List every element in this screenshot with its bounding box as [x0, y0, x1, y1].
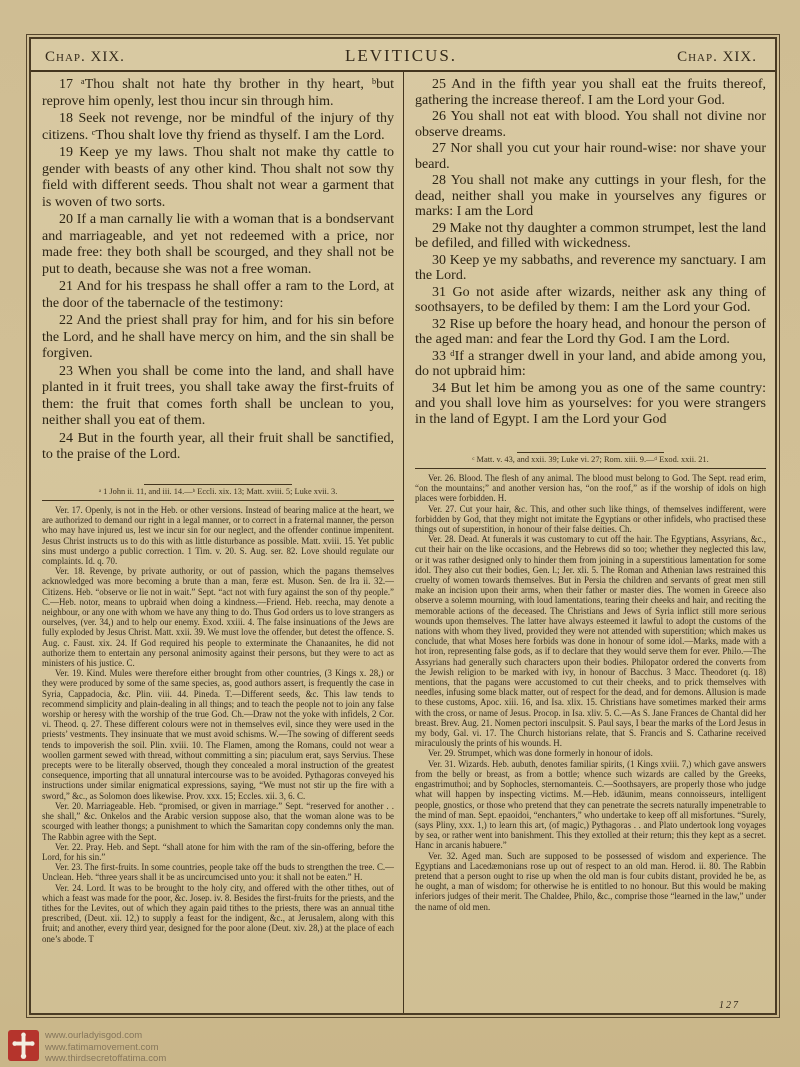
verse-paragraph: 18 Seek not revenge, nor be mindful of t… [42, 111, 394, 144]
verse-paragraph: 22 And the priest shall pray for him, an… [42, 313, 394, 363]
footnote-rule [517, 452, 664, 453]
right-verses: 25 And in the fifth year you shall eat t… [415, 77, 766, 449]
verse-paragraph: 32 Rise up before the hoary head, and ho… [415, 317, 766, 348]
right-commentary: Ver. 26. Blood. The flesh of any animal.… [415, 468, 766, 1011]
verse-paragraph: 20 If a man carnally lie with a woman th… [42, 212, 394, 278]
watermark: www.ourladyisgod.comwww.fatimamovement.c… [8, 1030, 166, 1065]
verse-paragraph: 23 When you shall be come into the land,… [42, 364, 394, 430]
commentary-paragraph: Ver. 28. Dead. At funerals it was custom… [415, 534, 766, 748]
right-footnote: ᶜ Matt. v. 43, and xxii. 39; Luke vi. 27… [415, 455, 766, 468]
book-title: LEVITICUS. [345, 46, 457, 66]
footnote-rule [144, 484, 292, 485]
fatima-crest-icon [8, 1030, 39, 1061]
left-footnote: ᵃ 1 John ii. 11, and iii. 14.—ᵇ Eccli. x… [42, 487, 394, 500]
right-column: 25 And in the fifth year you shall eat t… [403, 72, 775, 1013]
left-commentary: Ver. 17. Openly, is not in the Heb. or o… [42, 500, 394, 1011]
commentary-paragraph: Ver. 22. Pray. Heb. and Sept. “shall ato… [42, 842, 394, 862]
commentary-paragraph: Ver. 29. Strumpet, which was done former… [415, 748, 766, 758]
verse-paragraph: 19 Keep ye my laws. Thou shalt not make … [42, 145, 394, 211]
verse-paragraph: 17 ᵃThou shalt not hate thy brother in t… [42, 77, 394, 110]
left-column: 17 ᵃThou shalt not hate thy brother in t… [31, 72, 403, 1013]
verse-paragraph: 24 But in the fourth year, all their fru… [42, 431, 394, 464]
commentary-paragraph: Ver. 23. The first-fruits. In some count… [42, 862, 394, 882]
page-frame: Chap. XIX. LEVITICUS. Chap. XIX. 17 ᵃTho… [26, 34, 780, 1018]
scanned-book-page: { "header": { "left": "Chap. XIX.", "cen… [0, 0, 800, 1067]
commentary-paragraph: Ver. 32. Aged man. Such are supposed to … [415, 851, 766, 912]
chapter-label-left: Chap. XIX. [45, 49, 125, 66]
verse-paragraph: 21 And for his trespass he shall offer a… [42, 279, 394, 312]
page-header: Chap. XIX. LEVITICUS. Chap. XIX. [31, 39, 775, 72]
verse-paragraph: 30 Keep ye my sabbaths, and reverence my… [415, 253, 766, 284]
commentary-paragraph: Ver. 27. Cut your hair, &c. This, and ot… [415, 504, 766, 535]
watermark-links: www.ourladyisgod.comwww.fatimamovement.c… [45, 1030, 166, 1065]
watermark-link: www.ourladyisgod.com [45, 1030, 166, 1042]
commentary-paragraph: Ver. 17. Openly, is not in the Heb. or o… [42, 505, 394, 566]
commentary-paragraph: Ver. 31. Wizards. Heb. aubuth, denotes f… [415, 759, 766, 851]
verse-paragraph: 28 You shall not make any cuttings in yo… [415, 173, 766, 220]
commentary-paragraph: Ver. 24. Lord. It was to be brought to t… [42, 883, 394, 944]
verse-paragraph: 29 Make not thy daughter a common strump… [415, 221, 766, 252]
page-number: 127 [719, 1000, 740, 1011]
commentary-paragraph: Ver. 20. Marriageable. Heb. “promised, o… [42, 801, 394, 842]
verse-paragraph: 27 Nor shall you cut your hair round-wis… [415, 141, 766, 172]
verse-paragraph: 31 Go not aside after wizards, neither a… [415, 285, 766, 316]
verse-paragraph: 34 But let him be among you as one of th… [415, 381, 766, 428]
watermark-link: www.fatimamovement.com [45, 1042, 166, 1054]
commentary-paragraph: Ver. 26. Blood. The flesh of any animal.… [415, 473, 766, 504]
chapter-label-right: Chap. XIX. [677, 49, 757, 66]
page-surface: Chap. XIX. LEVITICUS. Chap. XIX. 17 ᵃTho… [29, 37, 777, 1015]
commentary-paragraph: Ver. 18. Revenge, by private authority, … [42, 566, 394, 668]
verse-paragraph: 25 And in the fifth year you shall eat t… [415, 77, 766, 108]
text-columns: 17 ᵃThou shalt not hate thy brother in t… [31, 72, 775, 1013]
verse-paragraph: 33 ᵈIf a stranger dwell in your land, an… [415, 349, 766, 380]
watermark-link: www.thirdsecretoffatima.com [45, 1053, 166, 1065]
verse-paragraph: 26 You shall not eat with blood. You sha… [415, 109, 766, 140]
left-verses: 17 ᵃThou shalt not hate thy brother in t… [42, 77, 394, 481]
commentary-paragraph: Ver. 19. Kind. Mules were therefore eith… [42, 668, 394, 801]
